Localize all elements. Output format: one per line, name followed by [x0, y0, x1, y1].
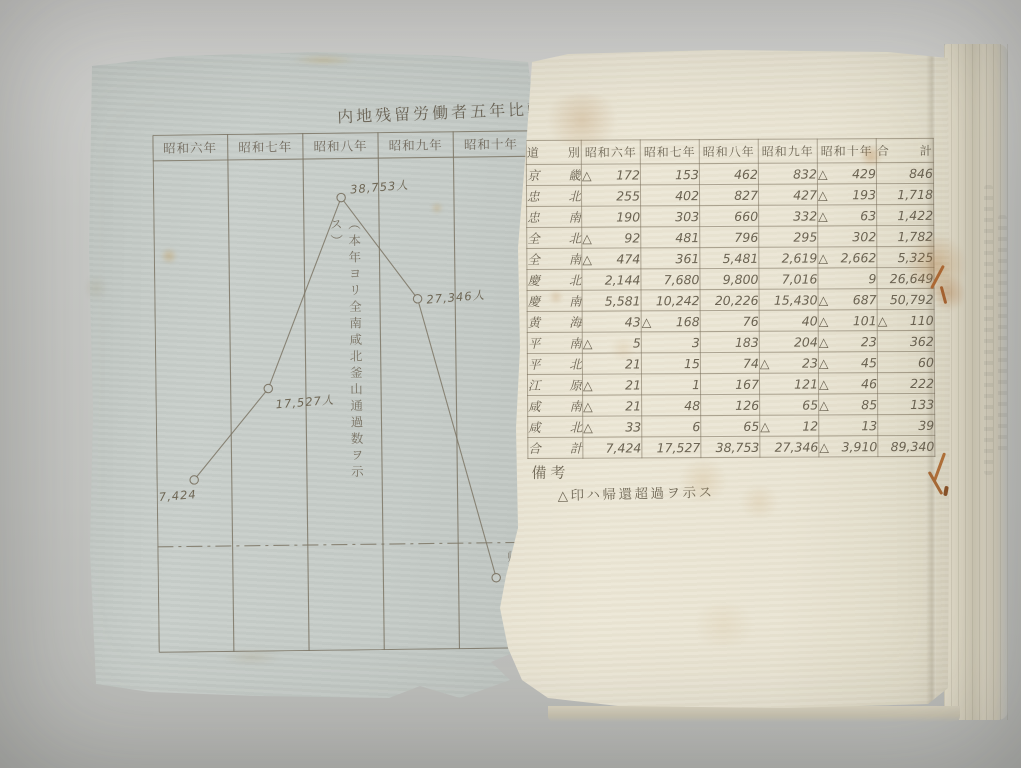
- value-cell: 15: [641, 353, 700, 374]
- value-cell: 65: [760, 394, 819, 415]
- value-cell: 21: [582, 353, 641, 374]
- value-cell: 302: [818, 226, 877, 247]
- value-cell: △ 33: [583, 416, 642, 437]
- province-label: 全南: [527, 248, 582, 269]
- table-row: 慶北2,1447,6809,8007,016926,649: [527, 267, 934, 290]
- underlying-page-edges: [548, 706, 960, 722]
- value-cell: △ 172: [581, 164, 640, 185]
- table-row: 咸南△ 214812665△ 85133: [528, 393, 935, 416]
- value-cell: 332: [759, 205, 818, 226]
- province-label: 平北: [527, 353, 582, 374]
- value-cell: △ 21: [582, 374, 641, 395]
- chart-annotation-vertical: （本年ヨリ全南咸北釜山通過数ヲ示ス）: [326, 217, 365, 497]
- value-cell: △ 92: [582, 227, 641, 248]
- value-cell: 303: [641, 206, 700, 227]
- value-cell: △ 2,662: [818, 247, 877, 268]
- value-cell: △ 193: [817, 184, 876, 205]
- col-header-year: 昭和十年: [817, 139, 876, 163]
- showthrough-text-column: [984, 185, 993, 475]
- province-label: 全北: [527, 227, 582, 248]
- value-cell: 50,792: [877, 288, 934, 309]
- value-cell: 846: [876, 162, 933, 183]
- value-cell: 26,649: [877, 267, 934, 288]
- province-label: 忠北: [526, 185, 581, 206]
- value-cell: 827: [699, 184, 758, 205]
- table-row: 平南△ 53183204△ 23362: [527, 330, 934, 353]
- value-cell: 1,422: [877, 204, 934, 225]
- value-cell: 204: [759, 331, 818, 352]
- value-cell: △ 5: [582, 332, 641, 353]
- province-label: 黄海: [527, 311, 582, 332]
- value-cell: △ 45: [818, 352, 877, 373]
- notes-heading: 備考: [531, 462, 569, 483]
- col-header-year: 昭和七年: [640, 140, 699, 164]
- value-cell: 462: [699, 163, 758, 184]
- table-row: 忠南190303660332△ 631,422: [527, 204, 934, 227]
- value-cell: 796: [700, 226, 759, 247]
- value-cell: 183: [700, 331, 759, 352]
- col-header-total: 合計: [876, 138, 933, 162]
- value-cell: 48: [642, 395, 701, 416]
- value-cell: 660: [700, 205, 759, 226]
- col-header-year: 昭和六年: [581, 140, 640, 164]
- showthrough-text-column: [998, 215, 1007, 455]
- value-cell: 1,718: [876, 183, 933, 204]
- data-point-label: 38,753人: [349, 177, 409, 198]
- value-cell: 13: [819, 415, 878, 436]
- data-point-label: 27,346人: [426, 287, 486, 308]
- province-label: 合計: [528, 437, 583, 458]
- value-cell: 74: [700, 352, 759, 373]
- province-label: 平南: [527, 332, 582, 353]
- notes-text: △印ハ帰還超過ヲ示ス: [557, 481, 714, 505]
- value-cell: △ 474: [582, 248, 641, 269]
- value-cell: △ 46: [818, 373, 877, 394]
- province-label: 咸南: [528, 395, 583, 416]
- value-cell: 6: [642, 416, 701, 437]
- value-cell: 222: [877, 372, 934, 393]
- value-cell: △ 21: [583, 395, 642, 416]
- value-cell: △ 23: [759, 352, 818, 373]
- value-cell: 10,242: [641, 290, 700, 311]
- value-cell: 27,346: [760, 436, 819, 457]
- total-row: 合計7,42417,52738,75327,346△ 3,91089,340: [528, 435, 935, 458]
- value-cell: 3: [641, 332, 700, 353]
- value-cell: △ 85: [819, 394, 878, 415]
- value-cell: 17,527: [642, 437, 701, 458]
- right-page: 道別昭和六年昭和七年昭和八年昭和九年昭和十年合計 京畿△ 17215346283…: [488, 48, 950, 712]
- value-cell: 76: [700, 310, 759, 331]
- col-header-province: 道別: [526, 140, 581, 164]
- value-cell: 362: [877, 330, 934, 351]
- value-cell: 7,016: [759, 268, 818, 289]
- value-cell: 38,753: [701, 436, 760, 457]
- value-cell: 1,782: [877, 225, 934, 246]
- value-cell: 7,680: [641, 269, 700, 290]
- value-cell: 9,800: [700, 268, 759, 289]
- col-header-year: 昭和九年: [758, 139, 817, 163]
- table-row: 全南△ 4743615,4812,619△ 2,6625,325: [527, 246, 934, 269]
- data-point-label: 17,527人: [275, 392, 335, 413]
- value-cell: △ 168: [641, 311, 700, 332]
- value-cell: 15,430: [759, 289, 818, 310]
- col-header-year: 昭和八年: [699, 139, 758, 163]
- value-cell: 167: [700, 373, 759, 394]
- value-cell: 7,424: [583, 437, 642, 458]
- value-cell: △ 23: [818, 331, 877, 352]
- value-cell: 295: [759, 226, 818, 247]
- table-row: 江原△ 211167121△ 46222: [527, 372, 934, 395]
- value-cell: 190: [582, 206, 641, 227]
- province-label: 忠南: [527, 206, 582, 227]
- value-cell: 5,581: [582, 290, 641, 311]
- value-cell: 133: [878, 393, 935, 414]
- value-cell: 153: [640, 164, 699, 185]
- value-cell: △ 12: [760, 415, 819, 436]
- province-label: 京畿: [526, 164, 581, 185]
- value-cell: 5,325: [877, 246, 934, 267]
- value-cell: △ 63: [818, 205, 877, 226]
- value-cell: △ 3,910: [819, 436, 878, 457]
- value-cell: 427: [758, 184, 817, 205]
- province-label: 江原: [527, 374, 582, 395]
- value-cell: 60: [877, 351, 934, 372]
- province-label: 慶南: [527, 290, 582, 311]
- table-row: 黄海43△ 1687640△ 101△ 110: [527, 309, 934, 332]
- table-row: 京畿△ 172153462832△ 429846: [526, 162, 933, 185]
- value-cell: △ 110: [877, 309, 934, 330]
- value-cell: 89,340: [878, 435, 935, 456]
- value-cell: △ 687: [818, 289, 877, 310]
- value-cell: 832: [758, 163, 817, 184]
- value-cell: 126: [701, 394, 760, 415]
- table-row: 全北△ 924817962953021,782: [527, 225, 934, 248]
- value-cell: 39: [878, 414, 935, 435]
- value-cell: 40: [759, 310, 818, 331]
- value-cell: 65: [701, 415, 760, 436]
- value-cell: 43: [582, 311, 641, 332]
- value-cell: 481: [641, 227, 700, 248]
- province-label: 咸北: [528, 416, 583, 437]
- table-body: 京畿△ 172153462832△ 429846忠北255402827427△ …: [526, 162, 935, 458]
- left-page: 内地残留労働者五年比較表 昭和六年昭和七年昭和八年昭和九年昭和十年 7,4241…: [58, 50, 536, 700]
- value-cell: △ 101: [818, 310, 877, 331]
- table-row: 慶南5,58110,24220,22615,430△ 68750,792: [527, 288, 934, 311]
- table-row: 咸北△ 33665△ 121339: [528, 414, 935, 437]
- value-cell: 121: [759, 373, 818, 394]
- value-cell: △ 429: [817, 163, 876, 184]
- value-cell: 9: [818, 268, 877, 289]
- value-cell: 2,619: [759, 247, 818, 268]
- value-cell: 1: [641, 374, 700, 395]
- table-row: 平北211574△ 23△ 4560: [527, 351, 934, 374]
- province-label: 慶北: [527, 269, 582, 290]
- value-cell: 2,144: [582, 269, 641, 290]
- comparison-table: 道別昭和六年昭和七年昭和八年昭和九年昭和十年合計 京畿△ 17215346283…: [526, 138, 936, 459]
- value-cell: 5,481: [700, 247, 759, 268]
- value-cell: 361: [641, 248, 700, 269]
- data-point-label: 7,424: [158, 487, 197, 504]
- value-cell: 255: [581, 185, 640, 206]
- table-header: 道別昭和六年昭和七年昭和八年昭和九年昭和十年合計: [526, 138, 933, 164]
- page-title: 内地残留労働者五年比較表: [337, 96, 548, 127]
- value-cell: 402: [640, 185, 699, 206]
- value-cell: 20,226: [700, 289, 759, 310]
- table-row: 忠北255402827427△ 1931,718: [526, 183, 933, 206]
- book-photo: 内地残留労働者五年比較表 昭和六年昭和七年昭和八年昭和九年昭和十年 7,4241…: [0, 0, 1021, 768]
